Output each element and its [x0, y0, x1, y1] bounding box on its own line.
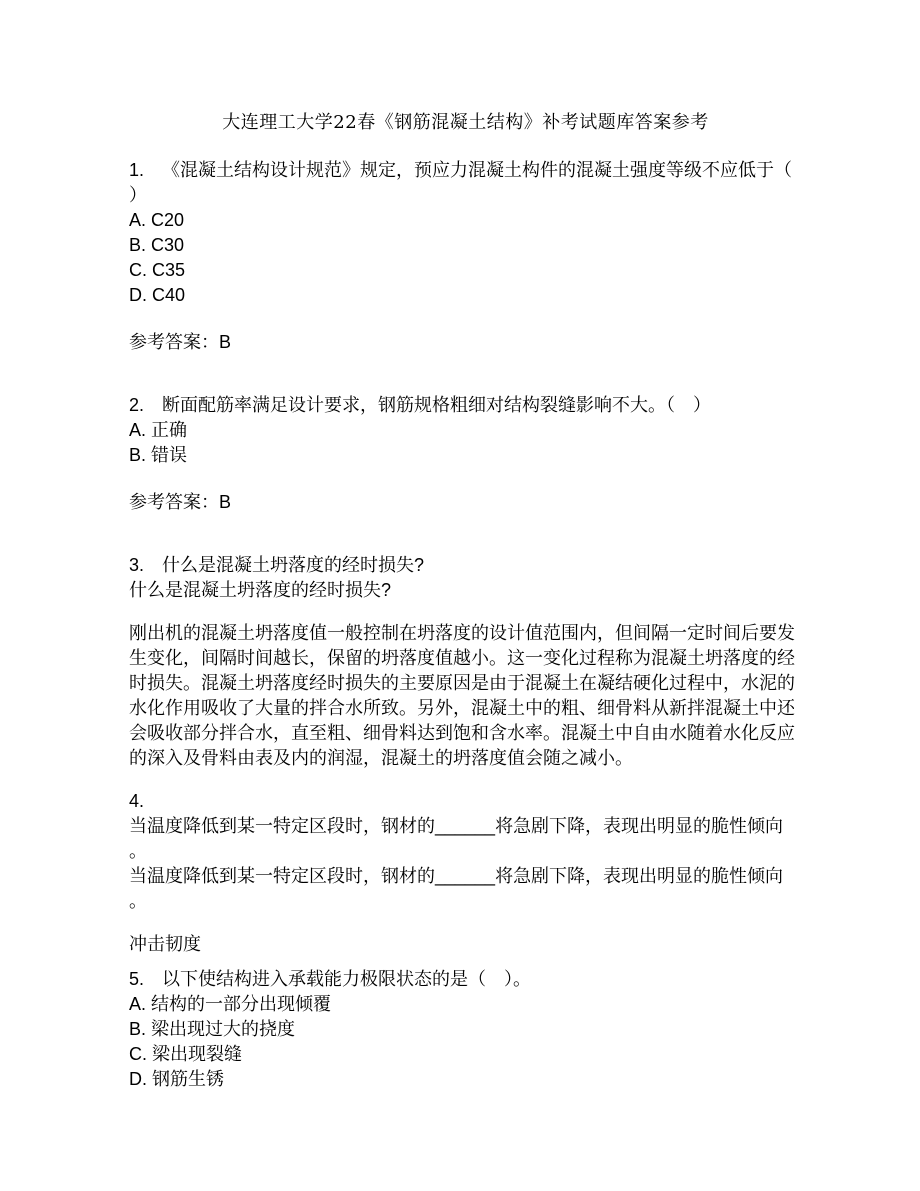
question-5-option-b: B. 梁出现过大的挠度 — [129, 1017, 802, 1042]
question-5: 5.以下使结构进入承载能力极限状态的是（ ）。 A. 结构的一部分出现倾覆 B.… — [129, 967, 802, 1092]
question-5-stem-text: 以下使结构进入承载能力极限状态的是（ ）。 — [162, 969, 531, 989]
question-1-option-b: B. C30 — [129, 233, 802, 258]
question-3-answer-explanation: 刚出机的混凝土坍落度值一般控制在坍落度的设计值范围内，但间隔一定时间后要发生变化… — [129, 621, 802, 771]
question-3-stem-repeat: 什么是混凝土坍落度的经时损失? — [129, 578, 802, 603]
question-2-number: 2. — [129, 393, 144, 418]
question-3-number: 3. — [129, 553, 144, 578]
question-3-stem-text: 什么是混凝土坍落度的经时损失? — [162, 555, 424, 575]
question-1-stem-text: 《混凝土结构设计规范》规定，预应力混凝土构件的混凝土强度等级不应低于（ — [162, 160, 792, 180]
question-1-stem: 1.《混凝土结构设计规范》规定，预应力混凝土构件的混凝土强度等级不应低于（ — [129, 158, 802, 183]
question-1-option-d: D. C40 — [129, 283, 802, 308]
question-2-option-a: A. 正确 — [129, 418, 802, 443]
question-1-option-c: C. C35 — [129, 258, 802, 283]
question-1-number: 1. — [129, 158, 144, 183]
question-2-reference-answer: 参考答案：B — [129, 490, 802, 515]
question-4-reference-answer: 冲击韧度 — [129, 932, 802, 957]
question-5-stem: 5.以下使结构进入承载能力极限状态的是（ ）。 — [129, 967, 802, 992]
question-1-option-a: A. C20 — [129, 208, 802, 233]
question-5-number: 5. — [129, 967, 144, 992]
question-3: 3.什么是混凝土坍落度的经时损失? 什么是混凝土坍落度的经时损失? 刚出机的混凝… — [129, 553, 802, 771]
question-1-stem-overflow: ） — [129, 183, 802, 208]
question-2: 2.断面配筋率满足设计要求，钢筋规格粗细对结构裂缝影响不大。（ ） A. 正确 … — [129, 393, 802, 515]
question-4-stem-repeat: 当温度降低到某一特定区段时，钢材的______将急剧下降，表现出明显的脆性倾向 — [129, 864, 802, 889]
question-5-option-d: D. 钢筋生锈 — [129, 1067, 802, 1092]
question-4: 4. 当温度降低到某一特定区段时，钢材的______将急剧下降，表现出明显的脆性… — [129, 789, 802, 957]
question-3-stem: 3.什么是混凝土坍落度的经时损失? — [129, 553, 802, 578]
question-2-stem: 2.断面配筋率满足设计要求，钢筋规格粗细对结构裂缝影响不大。（ ） — [129, 393, 802, 418]
question-4-repeat-overflow: 。 — [129, 889, 802, 914]
question-1-reference-answer: 参考答案：B — [129, 330, 802, 355]
question-4-number: 4. — [129, 789, 802, 814]
document-page: 大连理工大学22春《钢筋混凝土结构》补考试题库答案参考 1.《混凝土结构设计规范… — [0, 0, 920, 1191]
question-1: 1.《混凝土结构设计规范》规定，预应力混凝土构件的混凝土强度等级不应低于（ ） … — [129, 158, 802, 355]
question-4-stem-overflow: 。 — [129, 839, 802, 864]
question-2-option-b: B. 错误 — [129, 443, 802, 468]
question-5-option-c: C. 梁出现裂缝 — [129, 1042, 802, 1067]
document-title: 大连理工大学22春《钢筋混凝土结构》补考试题库答案参考 — [129, 110, 802, 135]
question-5-option-a: A. 结构的一部分出现倾覆 — [129, 992, 802, 1017]
question-4-stem: 当温度降低到某一特定区段时，钢材的______将急剧下降，表现出明显的脆性倾向 — [129, 814, 802, 839]
question-2-stem-text: 断面配筋率满足设计要求，钢筋规格粗细对结构裂缝影响不大。（ ） — [162, 395, 711, 415]
